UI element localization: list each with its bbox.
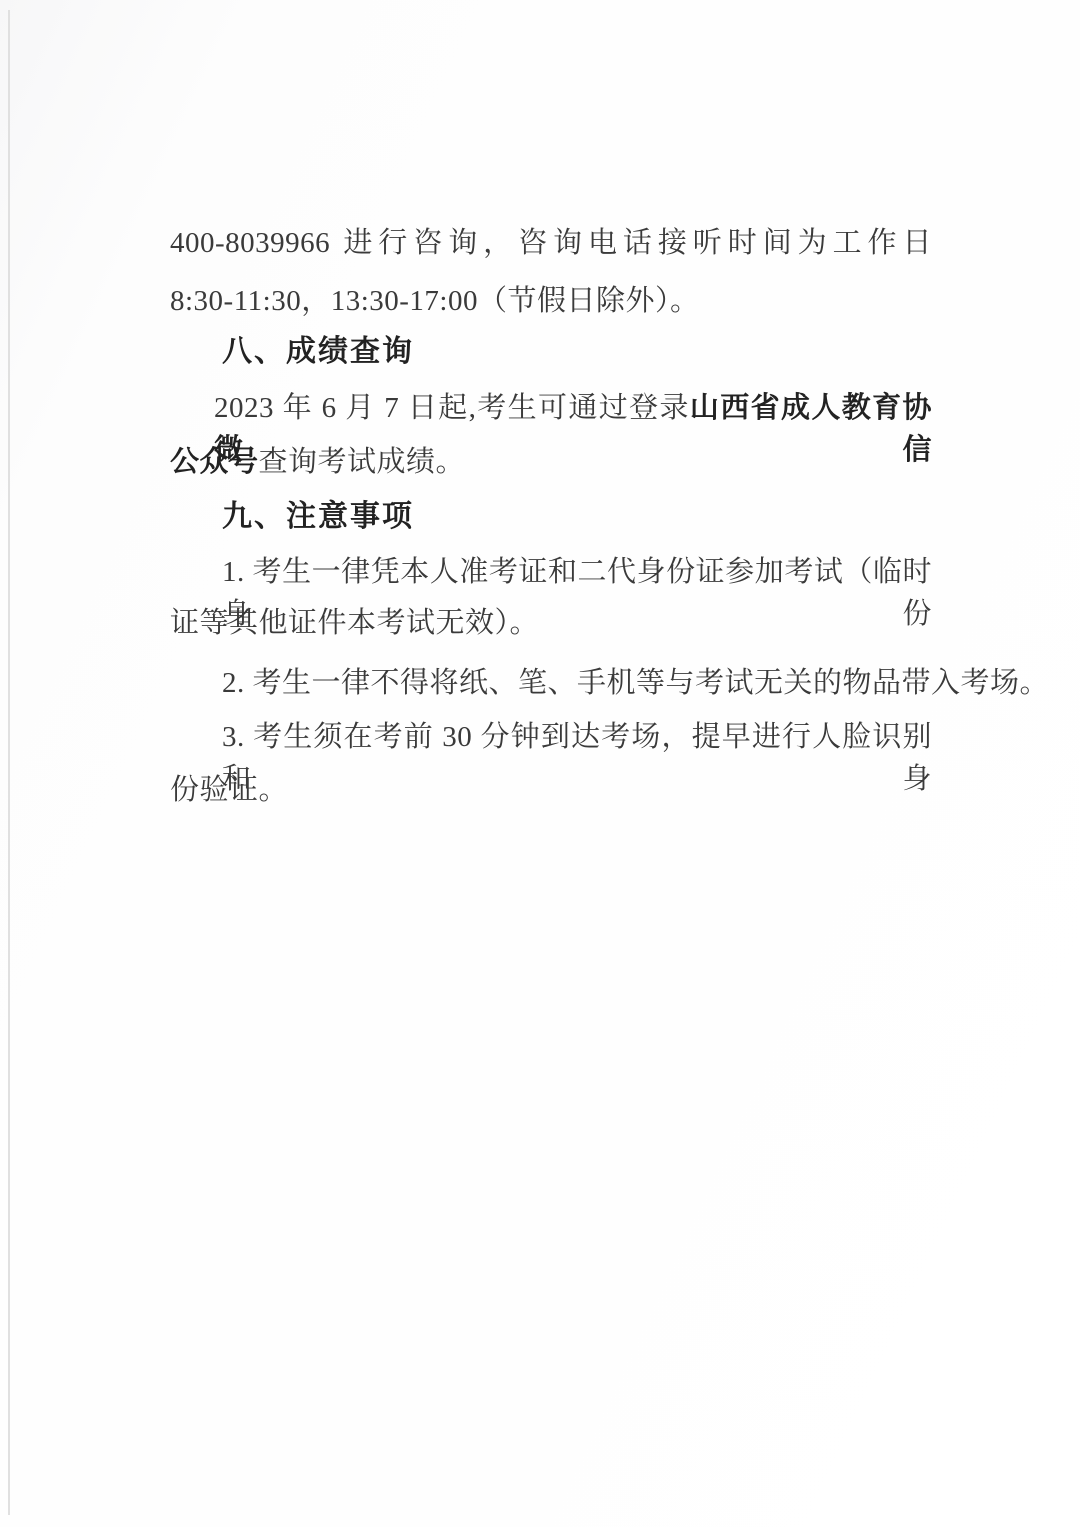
note-2-line-text: 2. 考生一律不得将纸、笔、手机等与考试无关的物品带入考场。 — [222, 667, 1049, 699]
note-3-line-1: 3. 考生须在考前 30 分钟到达考场，提早进行人脸识别和身 — [170, 716, 932, 758]
note-1-line-1: 1. 考生一律凭本人准考证和二代身份证参加考试（临时身份 — [170, 551, 932, 593]
note-1-line-2-text: 证等其他证件本考试无效）。 — [170, 607, 539, 639]
score-query-line-1: 2023 年 6 月 7 日起,考生可通过登录山西省成人教育协微信 — [170, 387, 932, 429]
note-3-line-2-text: 份验证。 — [170, 774, 288, 806]
note-1-line-2: 证等其他证件本考试无效）。 — [170, 602, 932, 644]
score-query-line-2-text: 查询考试成绩。 — [259, 446, 466, 478]
consult-phone-line: 400-8039966 进行咨询，咨询电话接听时间为工作日 — [170, 222, 932, 264]
note-3-line-2: 份验证。 — [170, 769, 932, 811]
section-8-heading-bold-text: 八、成绩查询 — [222, 335, 414, 368]
note-2-line: 2. 考生一律不得将纸、笔、手机等与考试无关的物品带入考场。 — [170, 662, 932, 704]
score-query-line-1-text: 2023 年 6 月 7 日起,考生可通过登录 — [214, 392, 690, 424]
score-query-line-2: 公众号查询考试成绩。 — [170, 441, 932, 483]
page-edge-shadow — [8, 10, 10, 1515]
consult-hours-line-text: 8:30-11:30，13:30-17:00（节假日除外）。 — [170, 285, 699, 317]
consult-hours-line: 8:30-11:30，13:30-17:00（节假日除外）。 — [170, 280, 932, 322]
consult-phone-line-text: 400-8039966 进行咨询，咨询电话接听时间为工作日 — [170, 227, 932, 259]
score-query-line-2-bold-text: 公众号 — [170, 446, 259, 478]
section-9-heading: 九、注意事项 — [170, 496, 932, 538]
section-8-heading: 八、成绩查询 — [170, 331, 932, 373]
document-page: 400-8039966 进行咨询，咨询电话接听时间为工作日8:30-11:30，… — [0, 0, 1080, 1527]
section-9-heading-bold-text: 九、注意事项 — [222, 500, 414, 533]
